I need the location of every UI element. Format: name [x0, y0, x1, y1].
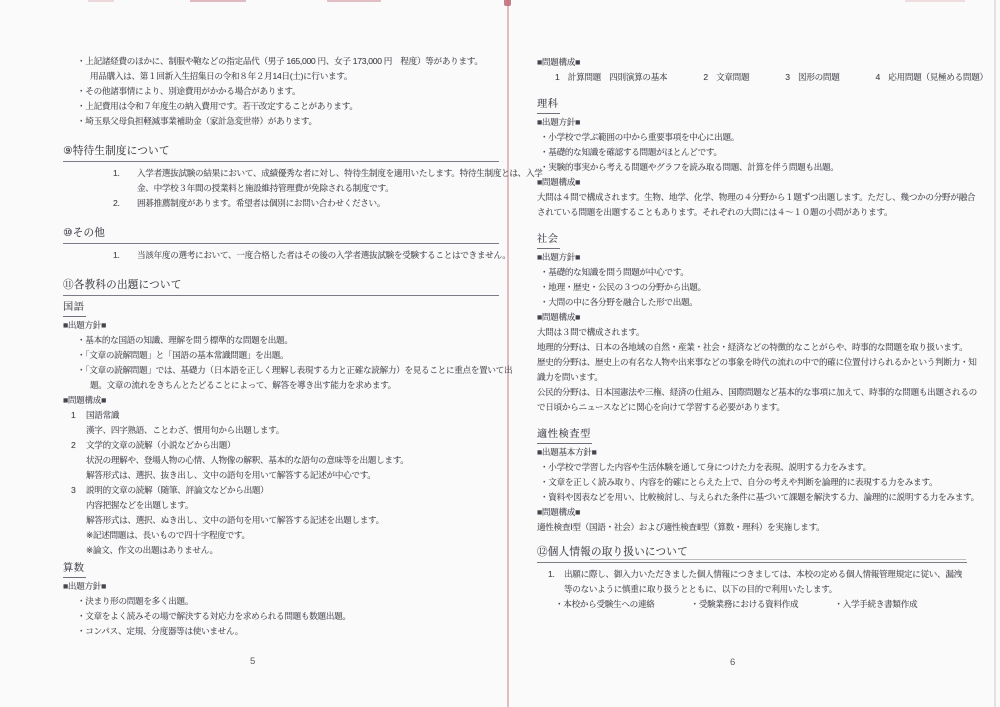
section-heading: ⑫個人情報の取り扱いについて [537, 545, 967, 563]
scan-right-edge-line [994, 0, 996, 707]
sub-item-text: 説明的文章の読解（随筆、評論文などから出題） [86, 485, 268, 495]
body-line-text: 識力を問います。 [537, 372, 603, 382]
section-heading: ⑪各教科の出題について [63, 278, 499, 296]
bullet-continuation: 題。文章の流れをきちんとたどることによって、解答を導き出す能力を求めます。 [63, 378, 499, 393]
bullet-line: ・大問の中に各分野を融合した形で出題。 [537, 295, 967, 310]
items-row: ・本校から受験生への連絡・受験業務における資料作成・入学手続き書類作成 [537, 597, 967, 612]
right-page: ■問題構成■1 計算問題 四則演算の基本2 文章問題3 図形の問題4 応用問題（… [537, 55, 967, 612]
body-line-text: 大問は３問で構成されます。 [537, 327, 644, 337]
bullet-line: ・小学校で学習した内容や生活体験を通して身につけた力を表現、説明する力をみます。 [537, 460, 967, 475]
sub-item-body: 内容把握などを出題します。 [63, 498, 499, 513]
body-line: 地理的分野は、日本の各地域の自然・産業・社会・経済などの特徴的なことがらや、時事… [537, 340, 967, 355]
numbered-item-continuation-text: 金、中学校３年間の授業料と施設維持管理費が免除される制度です。 [137, 183, 393, 193]
body-line-text: 適性検査Ⅰ型（国語・社会）および適性検査Ⅱ型（算数・理科）を実施します。 [537, 522, 824, 532]
subject-heading: 算数 [63, 561, 499, 578]
bullet-line: ・決まり形の問題を多く出題。 [63, 594, 499, 609]
bullet-line-text: ・上記費用は令和７年度生の納入費用です。若干改定することがあります。 [77, 101, 358, 111]
subject-heading: 国語 [63, 300, 499, 317]
numbered-item-continuation-text: 等のないように慎重に取り扱うとともに、以下の目的で利用いたします。 [564, 584, 837, 594]
body-line: されている問題を出題することもあります。それぞれの大問には４～１０題の小問があり… [537, 205, 967, 220]
body-line: 歴史的分野は、歴史上の有名な人物や出来事などの事象を時代の流れの中で的確に位置付… [537, 355, 967, 370]
bullet-line: ・基本的な国語の知識、理解を問う標準的な問題を出題。 [63, 333, 499, 348]
bullet-line-text: ・資料や図表などを用い、比較検討し、与えられた条件に基づいて課題を解決する力、論… [540, 492, 979, 502]
bullet-line-text: ・「文章の読解問題」と「国語の基本常識問題」を出題。 [77, 350, 288, 360]
block-marker: ■問題構成■ [537, 175, 967, 190]
numbered-item-continuation: 等のないように慎重に取り扱うとともに、以下の目的で利用いたします。 [537, 582, 967, 597]
items-row: 1 計算問題 四則演算の基本2 文章問題3 図形の問題4 応用問題（見極める問題… [537, 70, 967, 85]
section-heading: ⑩その他 [63, 226, 499, 244]
bullet-line-text: ・コンパス、定規、分度器等は使いません。 [77, 626, 243, 636]
body-line-text: されている問題を出題することもあります。それぞれの大問には４～１０題の小問があり… [537, 207, 892, 217]
numbered-item-continuation: 金、中学校３年間の授業料と施設維持管理費が免除される制度です。 [63, 181, 499, 196]
bullet-line-text: ・その他諸事情により、別途費用がかかる場合があります。 [77, 86, 300, 96]
bullet-line-text: ・決まり形の問題を多く出題。 [77, 596, 193, 606]
block-marker: ■問題構成■ [537, 310, 967, 325]
sub-item: 3説明的文章の読解（随筆、評論文などから出題） [63, 483, 499, 498]
block-marker-text: ■問題構成■ [537, 57, 580, 67]
left-page: ・上記諸経費のほかに、制服や鞄などの指定品代（男子 165,000 円、女子 1… [63, 54, 499, 639]
body-line: 大問は３問で構成されます。 [537, 325, 967, 340]
bullet-line-text: ・上記諸経費のほかに、制服や鞄などの指定品代（男子 165,000 円、女子 1… [77, 56, 483, 66]
bullet-line: ・コンパス、定規、分度器等は使いません。 [63, 624, 499, 639]
subject-heading: 社会 [537, 232, 967, 249]
bullet-line: ・「文章の読解問題」と「国語の基本常識問題」を出題。 [63, 348, 499, 363]
scan-edge-mark [327, 0, 381, 2]
numbered-item: 2.囲碁推薦制度があります。希望者は個別にお問い合わせください。 [63, 196, 499, 211]
item-number: 1. [548, 567, 564, 582]
sub-item-body: 解答形式は、選択、抜き出し、文中の語句を用いて解答する記述が中心です。 [63, 468, 499, 483]
item-number: 1 [71, 408, 86, 423]
numbered-item-text: 入学者選抜試験の結果において、成績優秀な者に対し、特待生制度を適用いたします。特… [137, 168, 543, 178]
item-number: 2. [113, 196, 137, 211]
page-number: 6 [730, 657, 735, 668]
row-item: ・本校から受験生への連絡 [555, 599, 655, 609]
row-item: 4 応用問題（見極める問題） [876, 72, 988, 82]
spine-top-mark [504, 0, 511, 6]
body-line-text: で日頃からニュースなどに関心を向けて学習する必要があります。 [537, 402, 785, 412]
bullet-line-text: ・基本的な国語の知識、理解を問う標準的な問題を出題。 [77, 335, 293, 345]
block-marker: ■出題方針■ [63, 318, 499, 333]
section-heading: ⑨特待生制度について [63, 144, 499, 162]
body-line: で日頃からニュースなどに関心を向けて学習する必要があります。 [537, 400, 967, 415]
bullet-line-text: ・「文章の読解問題」では、基礎力（日本語を正しく理解し表現する力と正確な読解力）… [77, 365, 512, 375]
sub-item-body-text: 内容把握などを出題します。 [86, 500, 193, 510]
sub-item-body-text: 解答形式は、選択、抜き出し、文中の語句を用いて解答する記述が中心です。 [86, 470, 376, 480]
block-marker: ■出題基本方針■ [537, 445, 967, 460]
sub-item-body-text: ※記述問題は、長いもので四十字程度です。 [86, 530, 250, 540]
block-marker-text: ■出題方針■ [63, 581, 106, 591]
subject-heading-text: 理科 [537, 97, 560, 114]
numbered-item: 1.当該年度の選考において、一度合格した者はその後の入学者選抜試験を受験すること… [63, 248, 499, 263]
sub-item-body: 解答形式は、選択、ぬき出し、文中の語句を用いて解答する記述を出題します。 [63, 513, 499, 528]
block-marker: ■問題構成■ [63, 393, 499, 408]
bullet-line-text: ・小学校で学習した内容や生活体験を通して身につけた力を表現、説明する力をみます。 [540, 462, 871, 472]
sub-item-body: ※論文、作文の出題はありません。 [63, 543, 499, 558]
block-marker-text: ■問題構成■ [63, 395, 106, 405]
block-marker-text: ■出題基本方針■ [537, 447, 597, 457]
subject-heading-text: 算数 [63, 561, 86, 578]
bullet-line-text: ・実験的事実から考える問題やグラフを読み取る問題、計算を伴う問題も出題。 [540, 162, 839, 172]
block-marker: ■出題方針■ [537, 115, 967, 130]
sub-item: 1国語常識 [63, 408, 499, 423]
row-item: 3 図形の問題 [785, 72, 839, 82]
body-line-text: 地理的分野は、日本の各地域の自然・産業・社会・経済などの特徴的なことがらや、時事… [537, 342, 967, 352]
block-marker: ■出題方針■ [537, 250, 967, 265]
sub-item-body: 状況の理解や、登場人物の心情、人物像の解釈、基本的な語句の意味等を出題します。 [63, 453, 499, 468]
bullet-continuation-text: 題。文章の流れをきちんとたどることによって、解答を導き出す能力を求めます。 [90, 380, 396, 390]
bullet-line: ・「文章の読解問題」では、基礎力（日本語を正しく理解し表現する力と正確な読解力）… [63, 363, 499, 378]
block-marker-text: ■問題構成■ [537, 312, 580, 322]
bullet-line: ・文章を正しく読み取り、内容を的確にとらえた上で、自分の考えや判断を論理的に表現… [537, 475, 967, 490]
bullet-line: ・基礎的な知識を確認する問題がほとんどです。 [537, 145, 967, 160]
bullet-line: ・基礎的な知識を問う問題が中心です。 [537, 265, 967, 280]
bullet-line: ・小学校で学ぶ範囲の中から重要事項を中心に出題。 [537, 130, 967, 145]
block-marker: ■出題方針■ [63, 579, 499, 594]
section-heading-text: ⑩その他 [63, 227, 105, 239]
bullet-line-text: ・文章をよく読みその場で解決する対応力を求められる問題も数題出題。 [77, 611, 351, 621]
subject-heading-text: 適性検査型 [537, 427, 592, 444]
row-item: 2 文章問題 [703, 72, 749, 82]
sub-item-body: ※記述問題は、長いもので四十字程度です。 [63, 528, 499, 543]
page-spine-line [507, 0, 509, 707]
row-item: ・入学手続き書類作成 [834, 599, 917, 609]
section-heading-text: ⑨特待生制度について [63, 145, 170, 157]
sub-item-body-text: 漢字、四字熟語、ことわざ、慣用句から出題します。 [86, 425, 284, 435]
numbered-item-text: 囲碁推薦制度があります。希望者は個別にお問い合わせください。 [137, 198, 385, 208]
block-marker-text: ■出題方針■ [537, 252, 580, 262]
sub-item-body-text: 解答形式は、選択、ぬき出し、文中の語句を用いて解答する記述を出題します。 [86, 515, 384, 525]
section-heading-text: ⑪各教科の出題について [63, 279, 182, 291]
block-marker-text: ■問題構成■ [537, 507, 580, 517]
sub-item-body-text: ※論文、作文の出題はありません。 [86, 545, 218, 555]
subject-heading-text: 社会 [537, 232, 560, 249]
sub-item-body-text: 状況の理解や、登場人物の心情、人物像の解釈、基本的な語句の意味等を出題します。 [86, 455, 409, 465]
bullet-line: ・埼玉県父母負担軽減事業補助金（家計急変世帯）があります。 [63, 114, 499, 129]
bullet-line-text: ・埼玉県父母負担軽減事業補助金（家計急変世帯）があります。 [77, 116, 317, 126]
block-marker: ■問題構成■ [537, 55, 967, 70]
bullet-line-text: ・小学校で学ぶ範囲の中から重要事項を中心に出題。 [540, 132, 739, 142]
bullet-line: ・地理・歴史・公民の３つの分野から出題。 [537, 280, 967, 295]
subject-heading-text: 国語 [63, 300, 86, 317]
body-line: 公民的分野は、日本国憲法や三権、経済の仕組み、国際問題など基本的な事項に加えて、… [537, 385, 967, 400]
subject-heading: 適性検査型 [537, 427, 967, 444]
bullet-continuation: 用品購入は、第１回新入生招集日の令和８年２月14日(土)に行います。 [63, 69, 499, 84]
block-marker-text: ■出題方針■ [63, 320, 106, 330]
scan-edge-mark [88, 0, 114, 2]
block-marker: ■問題構成■ [537, 505, 967, 520]
block-marker-text: ■出題方針■ [537, 117, 580, 127]
item-number: 2 [71, 438, 86, 453]
bullet-line-text: ・大問の中に各分野を融合した形で出題。 [540, 297, 698, 307]
numbered-item: 1.出願に際し、御入力いただきました個人情報につきましては、本校の定める個人情報… [537, 567, 967, 582]
row-item: ・受験業務における資料作成 [691, 599, 799, 609]
bullet-line: ・上記費用は令和７年度生の納入費用です。若干改定することがあります。 [63, 99, 499, 114]
sub-item: 2文学的文章の読解（小説などから出題） [63, 438, 499, 453]
bullet-line: ・その他諸事情により、別途費用がかかる場合があります。 [63, 84, 499, 99]
section-heading-text: ⑫個人情報の取り扱いについて [537, 546, 688, 558]
item-number: 1. [113, 248, 137, 263]
item-number: 1. [113, 166, 137, 181]
body-line-text: 大問は４問で構成されます。生物、地学、化学、物理の４分野から１題ずつ出題します。… [537, 192, 975, 202]
bullet-line-text: ・基礎的な知識を問う問題が中心です。 [540, 267, 689, 277]
body-line: 大問は４問で構成されます。生物、地学、化学、物理の４分野から１題ずつ出題します。… [537, 190, 967, 205]
bullet-line: ・文章をよく読みその場で解決する対応力を求められる問題も数題出題。 [63, 609, 499, 624]
bullet-line: ・資料や図表などを用い、比較検討し、与えられた条件に基づいて課題を解決する力、論… [537, 490, 967, 505]
scan-edge-mark [190, 0, 246, 2]
numbered-item-text: 当該年度の選考において、一度合格した者はその後の入学者選抜試験を受験することはで… [137, 250, 511, 260]
row-item: 1 計算問題 四則演算の基本 [555, 72, 667, 82]
subject-heading: 理科 [537, 97, 967, 114]
body-line-text: 公民的分野は、日本国憲法や三権、経済の仕組み、国際問題など基本的な事項に加えて、… [537, 387, 977, 397]
bullet-line-text: ・地理・歴史・公民の３つの分野から出題。 [540, 282, 706, 292]
bullet-line: ・実験的事実から考える問題やグラフを読み取る問題、計算を伴う問題も出題。 [537, 160, 967, 175]
bullet-line: ・上記諸経費のほかに、制服や鞄などの指定品代（男子 165,000 円、女子 1… [63, 54, 499, 69]
numbered-item-text: 出願に際し、御入力いただきました個人情報につきましては、本校の定める個人情報管理… [564, 569, 962, 579]
body-line: 識力を問います。 [537, 370, 967, 385]
bullet-line-text: ・基礎的な知識を確認する問題がほとんどです。 [540, 147, 722, 157]
page-number: 5 [250, 656, 255, 667]
body-line: 適性検査Ⅰ型（国語・社会）および適性検査Ⅱ型（算数・理科）を実施します。 [537, 520, 967, 535]
bullet-line-text: ・文章を正しく読み取り、内容を的確にとらえた上で、自分の考えや判断を論理的に表現… [540, 477, 937, 487]
item-number: 3 [71, 483, 86, 498]
body-line-text: 歴史的分野は、歴史上の有名な人物や出来事などの事象を時代の流れの中で的確に位置付… [537, 357, 977, 367]
block-marker-text: ■問題構成■ [537, 177, 580, 187]
sub-item-text: 国語常識 [86, 410, 119, 420]
bullet-continuation-text: 用品購入は、第１回新入生招集日の令和８年２月14日(土)に行います。 [90, 71, 352, 81]
sub-item-text: 文学的文章の読解（小説などから出題） [86, 440, 235, 450]
numbered-item: 1.入学者選抜試験の結果において、成績優秀な者に対し、特待生制度を適用いたします… [63, 166, 499, 181]
scan-edge-mark [905, 0, 965, 2]
sub-item-body: 漢字、四字熟語、ことわざ、慣用句から出題します。 [63, 423, 499, 438]
